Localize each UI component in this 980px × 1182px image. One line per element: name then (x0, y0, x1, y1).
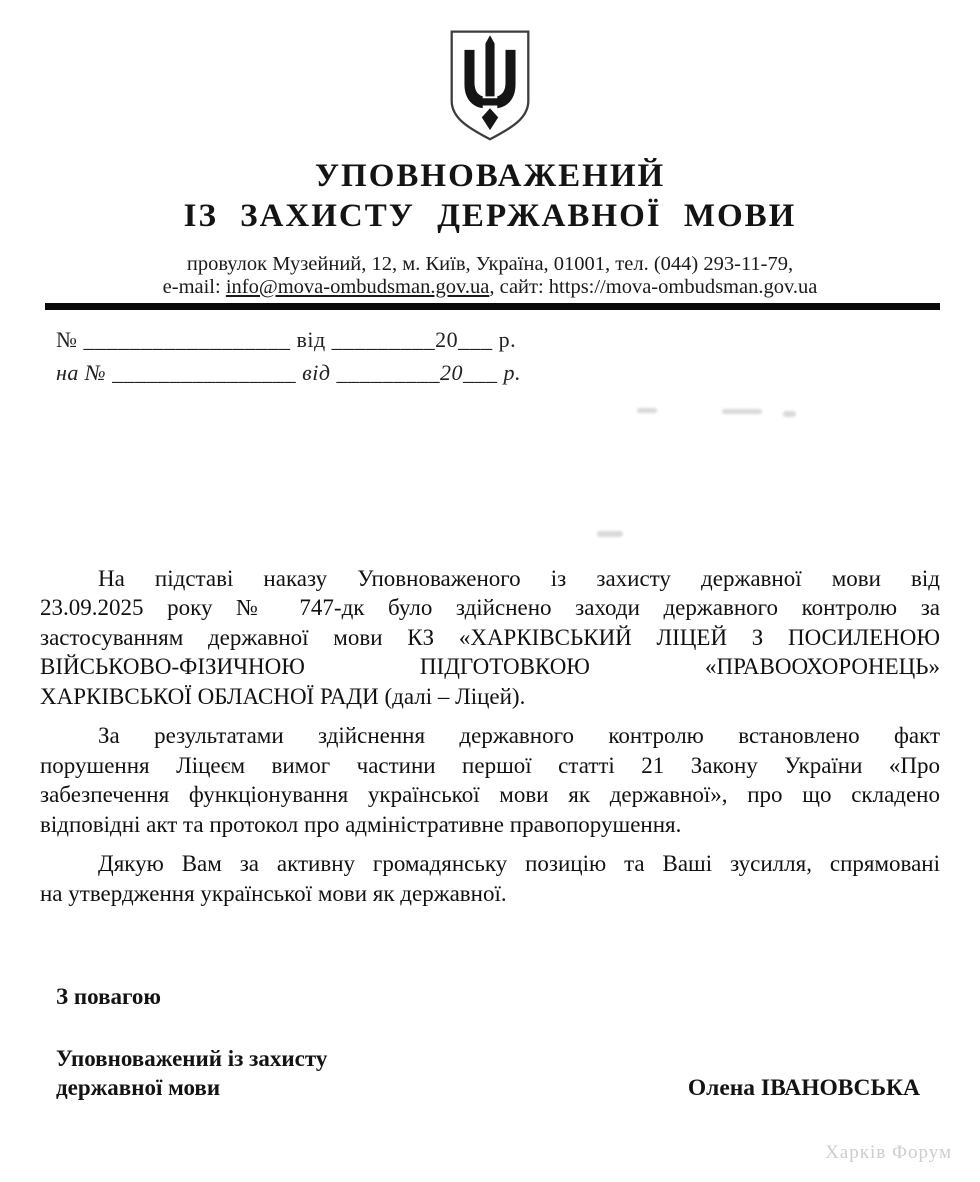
faint-scan-artifact (637, 408, 657, 413)
outgoing-number-line: № __________________ від _________20___ … (56, 323, 920, 356)
letterhead-emblem (0, 0, 980, 142)
body-text-line: 23.09.2025 року № 747-дк було здійснено … (40, 593, 940, 623)
faint-scan-artifact (597, 531, 623, 537)
letter-body: На підставі наказу Уповноваженого із зах… (40, 564, 940, 909)
website-url: https://mova-ombudsman.gov.ua (549, 276, 818, 298)
body-paragraph-2: За результатами здійснення державного ко… (40, 721, 940, 839)
body-paragraph-3: Дякую Вам за активну громадянську позиці… (40, 849, 940, 908)
letterhead-contacts: провулок Музейний, 12, м. Київ, Україна,… (0, 253, 980, 298)
site-label: , сайт: (489, 276, 548, 298)
salutation: З повагою (56, 984, 980, 1010)
reference-number-block: № __________________ від _________20___ … (56, 323, 920, 389)
email-website-line: e-mail: info@mova-ombudsman.gov.ua, сайт… (0, 276, 980, 299)
letterhead-divider (45, 303, 940, 310)
body-text-line: За результатами здійснення державного ко… (40, 721, 940, 751)
faint-scan-artifact (783, 411, 796, 417)
scanned-letter-page: УПОВНОВАЖЕНИЙ ІЗ ЗАХИСТУ ДЕРЖАВНОЇ МОВИ … (0, 0, 980, 1182)
signer-name: Олена ІВАНОВСЬКА (688, 1075, 920, 1102)
body-text-line: На підставі наказу Уповноваженого із зах… (40, 564, 940, 594)
organization-title: УПОВНОВАЖЕНИЙ ІЗ ЗАХИСТУ ДЕРЖАВНОЇ МОВИ (0, 156, 980, 236)
body-text-line: застосуванням державної мови КЗ «ХАРКІВС… (40, 623, 940, 653)
faint-scan-artifact (722, 409, 762, 414)
body-paragraph-1: На підставі наказу Уповноваженого із зах… (40, 564, 940, 712)
blank-gap (0, 389, 980, 564)
body-text-line: порушення Ліцеєм вимог частини першої ст… (40, 751, 940, 781)
body-text-line: ВІЙСЬКОВО-ФІЗИЧНОЮ ПІДГОТОВКОЮ «ПРАВООХО… (40, 652, 940, 682)
organization-title-line1: УПОВНОВАЖЕНИЙ (0, 156, 980, 196)
signer-position-line1: Уповноважений із захисту (56, 1044, 327, 1073)
signature-row: Уповноважений із захисту державної мови … (56, 1044, 920, 1102)
email-address: info@mova-ombudsman.gov.ua (226, 276, 490, 298)
body-text-line: відповідні акт та протокол про адміністр… (40, 810, 940, 840)
body-text-line: на утвердження української мови як держа… (40, 879, 940, 909)
watermark: Харків Форум (825, 1142, 952, 1164)
body-text-line: забезпечення функціонування української … (40, 780, 940, 810)
ukraine-trident-icon (444, 28, 536, 142)
signer-position-line2: державної мови (56, 1073, 327, 1102)
body-text-line: Дякую Вам за активну громадянську позиці… (40, 849, 940, 879)
email-label: e-mail: (163, 276, 226, 298)
organization-title-line2: ІЗ ЗАХИСТУ ДЕРЖАВНОЇ МОВИ (0, 196, 980, 236)
incoming-number-line: на № ________________ від _________20___… (56, 356, 920, 389)
signer-position: Уповноважений із захисту державної мови (56, 1044, 327, 1102)
body-text-line: ХАРКІВСЬКОЇ ОБЛАСНОЇ РАДИ (далі – Ліцей)… (40, 682, 940, 712)
postal-address: провулок Музейний, 12, м. Київ, Україна,… (0, 253, 980, 276)
